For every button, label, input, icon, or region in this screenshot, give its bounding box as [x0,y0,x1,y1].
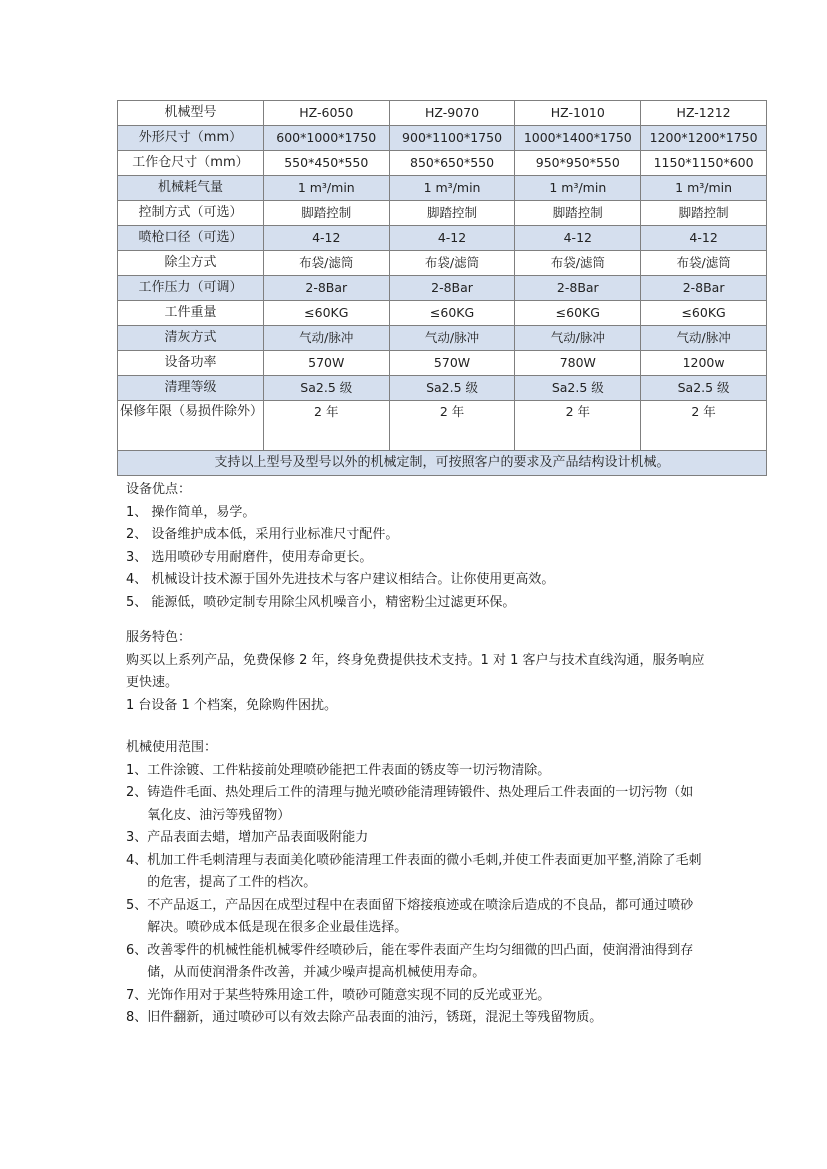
cell-value: 850*650*550 [389,151,515,176]
row-label: 清理等级 [118,376,264,401]
cell-value: 布袋/滤筒 [389,251,515,276]
cell-value: 脚踏控制 [389,201,515,226]
cell-value: 脚踏控制 [515,201,641,226]
cell-value: 4-12 [263,226,389,251]
section-title: 设备优点： [126,479,554,502]
cell-value: 气动/脉冲 [389,326,515,351]
item-text: 工件涂镀、工件粘接前处理喷砂能把工件表面的锈皮等一切污物清除。 [147,760,706,783]
item-number: 7、 [126,985,147,1008]
spec-table: 机械型号 HZ-6050 HZ-9070 HZ-1010 HZ-1212 外形尺… [117,100,767,476]
cell-value: 600*1000*1750 [263,126,389,151]
model-name: HZ-1010 [515,101,641,126]
cell-value: 气动/脉冲 [263,326,389,351]
service-section: 服务特色： 购买以上系列产品，免费保修 2 年，终身免费提供技术支持。1 对 1… [126,627,706,717]
cell-value: 1 m³/min [389,176,515,201]
list-item: 3、产品表面去蜡，增加产品表面吸附能力 [126,827,706,850]
table-row: 工作仓尺寸（mm） 550*450*550 850*650*550 950*95… [118,151,767,176]
model-name: HZ-9070 [389,101,515,126]
row-label: 工件重量 [118,301,264,326]
document-page: 机械型号 HZ-6050 HZ-9070 HZ-1010 HZ-1212 外形尺… [0,0,827,1169]
table-row: 喷枪口径（可选） 4-12 4-12 4-12 4-12 [118,226,767,251]
item-number: 8、 [126,1007,147,1030]
row-label: 喷枪口径（可选） [118,226,264,251]
list-item: 8、旧件翻新，通过喷砂可以有效去除产品表面的油污，锈斑，混泥土等残留物质。 [126,1007,706,1030]
cell-value: 2 年 [263,401,389,451]
advantages-section: 设备优点： 1、 操作简单，易学。 2、 设备维护成本低，采用行业标准尺寸配件。… [126,479,554,614]
item-text: 机械设计技术源于国外先进技术与客户建议相结合。让你使用更高效。 [151,569,554,592]
cell-value: 脚踏控制 [263,201,389,226]
cell-value: 1 m³/min [641,176,767,201]
cell-value: 2 年 [515,401,641,451]
cell-value: 900*1100*1750 [389,126,515,151]
item-number: 4、 [126,850,147,895]
item-number: 4、 [126,569,151,592]
row-label: 除尘方式 [118,251,264,276]
table-note-row: 支持以上型号及型号以外的机械定制，可按照客户的要求及产品结构设计机械。 [118,451,767,476]
list-item: 2、 设备维护成本低，采用行业标准尺寸配件。 [126,524,554,547]
model-name: HZ-6050 [263,101,389,126]
cell-value: 气动/脉冲 [641,326,767,351]
list-item: 1、工件涂镀、工件粘接前处理喷砂能把工件表面的锈皮等一切污物清除。 [126,760,706,783]
item-number: 3、 [126,827,147,850]
cell-value: ≤60KG [515,301,641,326]
row-label: 工作仓尺寸（mm） [118,151,264,176]
cell-value: 4-12 [389,226,515,251]
item-text: 不产品返工，产品因在成型过程中在表面留下熔接痕迹或在喷涂后造成的不良品，都可通过… [147,895,706,940]
cell-value: 4-12 [515,226,641,251]
customization-note: 支持以上型号及型号以外的机械定制，可按照客户的要求及产品结构设计机械。 [118,451,767,476]
item-number: 1、 [126,502,151,525]
item-text: 选用喷砂专用耐磨件，使用寿命更长。 [151,547,554,570]
list-item: 6、改善零件的机械性能机械零件经喷砂后，能在零件表面产生均匀细微的凹凸面，使润滑… [126,940,706,985]
cell-value: 2 年 [389,401,515,451]
list-item: 4、机加工件毛刺清理与表面美化喷砂能清理工件表面的微小毛刺,并使工件表面更加平整… [126,850,706,895]
row-label: 设备功率 [118,351,264,376]
list-item: 4、 机械设计技术源于国外先进技术与客户建议相结合。让你使用更高效。 [126,569,554,592]
cell-value: 570W [389,351,515,376]
item-number: 5、 [126,592,151,615]
item-text: 机加工件毛刺清理与表面美化喷砂能清理工件表面的微小毛刺,并使工件表面更加平整,消… [147,850,706,895]
cell-value: Sa2.5 级 [641,376,767,401]
cell-value: Sa2.5 级 [263,376,389,401]
cell-value: 1000*1400*1750 [515,126,641,151]
row-label: 机械耗气量 [118,176,264,201]
row-label: 控制方式（可选） [118,201,264,226]
table-row: 外形尺寸（mm） 600*1000*1750 900*1100*1750 100… [118,126,767,151]
list-item: 2、铸造件毛面、热处理后工件的清理与抛光喷砂能清理铸锻件、热处理后工件表面的一切… [126,782,706,827]
table-row: 工作压力（可调） 2-8Bar 2-8Bar 2-8Bar 2-8Bar [118,276,767,301]
row-label: 保修年限（易损件除外） [118,401,264,451]
item-text: 产品表面去蜡，增加产品表面吸附能力 [147,827,706,850]
item-number: 2、 [126,782,147,827]
list-item: 5、 能源低，喷砂定制专用除尘风机噪音小，精密粉尘过滤更环保。 [126,592,554,615]
cell-value: 2-8Bar [641,276,767,301]
table-row: 除尘方式 布袋/滤筒 布袋/滤筒 布袋/滤筒 布袋/滤筒 [118,251,767,276]
item-number: 6、 [126,940,147,985]
cell-value: 4-12 [641,226,767,251]
cell-value: Sa2.5 级 [515,376,641,401]
item-number: 1、 [126,760,147,783]
row-label: 清灰方式 [118,326,264,351]
item-text: 改善零件的机械性能机械零件经喷砂后，能在零件表面产生均匀细微的凹凸面，使润滑油得… [147,940,706,985]
item-text: 能源低，喷砂定制专用除尘风机噪音小，精密粉尘过滤更环保。 [151,592,554,615]
cell-value: 2-8Bar [515,276,641,301]
item-text: 旧件翻新，通过喷砂可以有效去除产品表面的油污，锈斑，混泥土等残留物质。 [147,1007,706,1030]
item-text: 光饰作用对于某些特殊用途工件，喷砂可随意实现不同的反光或亚光。 [147,985,706,1008]
cell-value: 布袋/滤筒 [515,251,641,276]
list-item: 7、光饰作用对于某些特殊用途工件，喷砂可随意实现不同的反光或亚光。 [126,985,706,1008]
item-number: 5、 [126,895,147,940]
cell-value: 570W [263,351,389,376]
item-text: 铸造件毛面、热处理后工件的清理与抛光喷砂能清理铸锻件、热处理后工件表面的一切污物… [147,782,706,827]
table-row: 控制方式（可选） 脚踏控制 脚踏控制 脚踏控制 脚踏控制 [118,201,767,226]
cell-value: 1200w [641,351,767,376]
paragraph: 1 台设备 1 个档案，免除购件困扰。 [126,695,706,718]
usage-section: 机械使用范围： 1、工件涂镀、工件粘接前处理喷砂能把工件表面的锈皮等一切污物清除… [126,737,706,1030]
table-row: 清理等级 Sa2.5 级 Sa2.5 级 Sa2.5 级 Sa2.5 级 [118,376,767,401]
cell-value: 1200*1200*1750 [641,126,767,151]
cell-value: 1150*1150*600 [641,151,767,176]
cell-value: Sa2.5 级 [389,376,515,401]
cell-value: 布袋/滤筒 [263,251,389,276]
table-row: 清灰方式 气动/脉冲 气动/脉冲 气动/脉冲 气动/脉冲 [118,326,767,351]
row-label: 工作压力（可调） [118,276,264,301]
item-text: 设备维护成本低，采用行业标准尺寸配件。 [151,524,554,547]
header-label: 机械型号 [118,101,264,126]
cell-value: 2 年 [641,401,767,451]
cell-value: 脚踏控制 [641,201,767,226]
item-text: 操作简单，易学。 [151,502,554,525]
cell-value: 550*450*550 [263,151,389,176]
cell-value: 布袋/滤筒 [641,251,767,276]
cell-value: 2-8Bar [263,276,389,301]
cell-value: 1 m³/min [515,176,641,201]
item-number: 2、 [126,524,151,547]
cell-value: 气动/脉冲 [515,326,641,351]
cell-value: 2-8Bar [389,276,515,301]
table-row: 工件重量 ≤60KG ≤60KG ≤60KG ≤60KG [118,301,767,326]
item-number: 3、 [126,547,151,570]
section-title: 服务特色： [126,627,706,650]
table-header-row: 机械型号 HZ-6050 HZ-9070 HZ-1010 HZ-1212 [118,101,767,126]
row-label: 外形尺寸（mm） [118,126,264,151]
table-row: 机械耗气量 1 m³/min 1 m³/min 1 m³/min 1 m³/mi… [118,176,767,201]
model-name: HZ-1212 [641,101,767,126]
cell-value: 1 m³/min [263,176,389,201]
cell-value: ≤60KG [263,301,389,326]
cell-value: 950*950*550 [515,151,641,176]
section-title: 机械使用范围： [126,737,706,760]
table-row: 设备功率 570W 570W 780W 1200w [118,351,767,376]
cell-value: 780W [515,351,641,376]
list-item: 5、不产品返工，产品因在成型过程中在表面留下熔接痕迹或在喷涂后造成的不良品，都可… [126,895,706,940]
cell-value: ≤60KG [389,301,515,326]
list-item: 3、 选用喷砂专用耐磨件，使用寿命更长。 [126,547,554,570]
paragraph: 购买以上系列产品，免费保修 2 年，终身免费提供技术支持。1 对 1 客户与技术… [126,650,706,695]
list-item: 1、 操作简单，易学。 [126,502,554,525]
table-row: 保修年限（易损件除外） 2 年 2 年 2 年 2 年 [118,401,767,451]
cell-value: ≤60KG [641,301,767,326]
